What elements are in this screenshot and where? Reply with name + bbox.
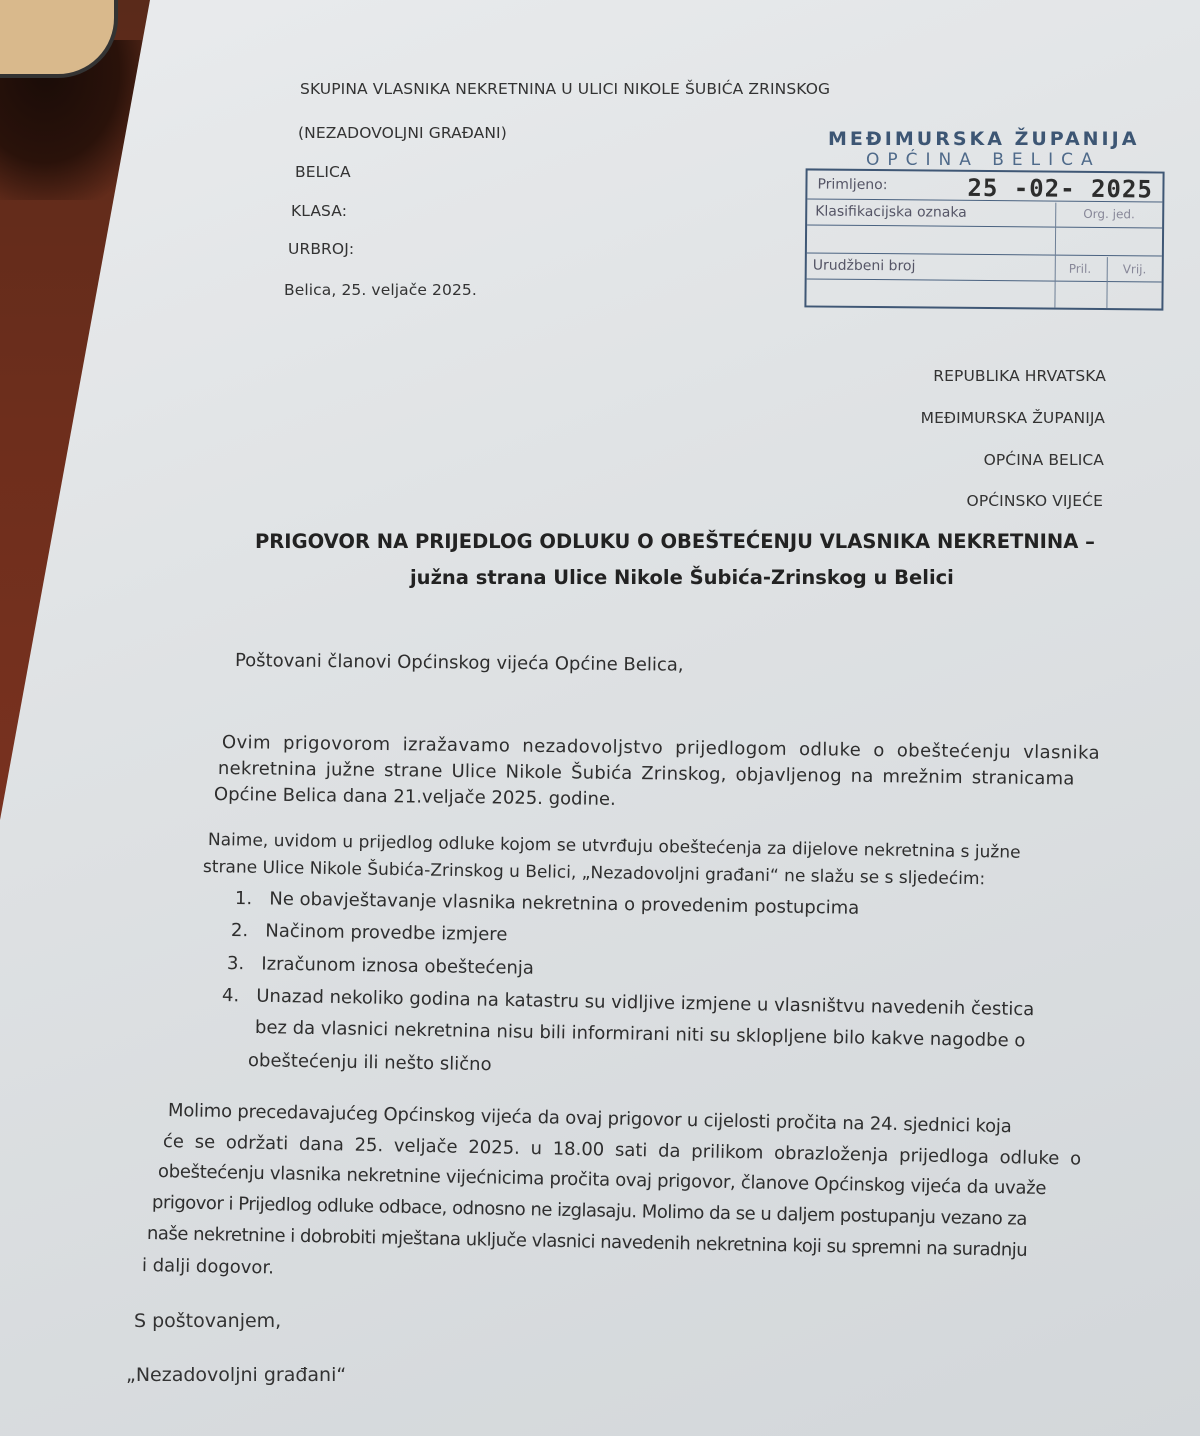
paragraph3-line3: obeštećenju vlasnika nekretnine vijećnic… bbox=[158, 1161, 1047, 1199]
stamp-org-label: Org. jed. bbox=[1083, 207, 1135, 221]
recipient-line1: REPUBLIKA HRVATSKA bbox=[933, 367, 1106, 385]
list-text: Unazad nekoliko godina na katastru su vi… bbox=[256, 986, 1034, 1021]
document-title-line1: PRIGOVOR NA PRIJEDLOG ODLUKU O OBEŠTEĆEN… bbox=[255, 530, 1095, 553]
paragraph3-line4: prigovor i Prijedlog odluke odbace, odno… bbox=[152, 1192, 1027, 1230]
stamp-subtitle: OPĆINA BELICA bbox=[866, 150, 1101, 170]
signature: „Nezadovoljni građani“ bbox=[126, 1364, 346, 1386]
document-page: SKUPINA VLASNIKA NEKRETNINA U ULICI NIKO… bbox=[0, 0, 1200, 1436]
sender-line2: (NEZADOVOLJNI GRAĐANI) bbox=[298, 124, 507, 142]
paragraph3-line6: i dalji dogovor. bbox=[142, 1255, 274, 1279]
recipient-line3: OPĆINA BELICA bbox=[984, 451, 1104, 469]
recipient-line4: OPĆINSKO VIJEĆE bbox=[967, 492, 1103, 510]
list-item-4-line3: obeštećenju ili nešto slično bbox=[248, 1050, 492, 1075]
stamp-received-label: Primljeno: bbox=[817, 177, 887, 194]
paragraph3-line5: naše nekretnine i dobrobiti mještana ukl… bbox=[147, 1223, 1028, 1261]
paragraph2-line2: strane Ulice Nikole Šubića-Zrinskog u Be… bbox=[203, 857, 986, 889]
recipient-line2: MEĐIMURSKA ŽUPANIJA bbox=[921, 409, 1105, 427]
list-item: 1. Ne obavještavanje vlasnika nekretnina… bbox=[235, 888, 860, 919]
list-text: Načinom provedbe izmjere bbox=[265, 921, 507, 946]
list-number: 3. bbox=[227, 953, 245, 974]
stamp-pril-label: Pril. bbox=[1069, 262, 1092, 276]
list-item: 3. Izračunom iznosa obeštećenja bbox=[227, 953, 534, 979]
list-number: 1. bbox=[235, 888, 253, 909]
list-number: 4. bbox=[222, 985, 240, 1006]
sender-line1: SKUPINA VLASNIKA NEKRETNINA U ULICI NIKO… bbox=[300, 80, 830, 98]
sender-place: BELICA bbox=[295, 163, 351, 181]
document-date: Belica, 25. veljače 2025. bbox=[284, 281, 477, 299]
stamp-class-label: Klasifikacijska oznaka bbox=[815, 204, 967, 221]
list-number: 2. bbox=[231, 920, 249, 941]
stamp-received-date: 25 -02- 2025 bbox=[967, 174, 1153, 204]
stamp-title: MEĐIMURSKA ŽUPANIJA bbox=[828, 128, 1139, 150]
closing: S poštovanjem, bbox=[134, 1310, 281, 1332]
stamp-reg-label: Urudžbeni broj bbox=[813, 258, 916, 275]
salutation: Poštovani članovi Općinskog vijeća Općin… bbox=[235, 650, 684, 676]
paragraph1-line3: Općine Belica dana 21.veljače 2025. godi… bbox=[214, 784, 616, 810]
received-stamp: Primljeno: 25 -02- 2025 Klasifikacijska … bbox=[804, 168, 1164, 310]
list-text: Izračunom iznosa obeštećenja bbox=[261, 954, 534, 979]
list-text: Ne obavještavanje vlasnika nekretnina o … bbox=[269, 889, 859, 919]
paragraph2-line1: Naime, uvidom u prijedlog odluke kojom s… bbox=[208, 830, 1021, 863]
klasa-label: KLASA: bbox=[291, 202, 347, 220]
urbroj-label: URBROJ: bbox=[288, 240, 354, 258]
paragraph3-line1: Molimo precedavajućeg Općinskog vijeća d… bbox=[168, 1100, 1012, 1137]
list-item: 2. Načinom provedbe izmjere bbox=[231, 920, 508, 945]
list-item-4-line2: bez da vlasnici nekretnina nisu bili inf… bbox=[255, 1017, 1026, 1051]
stamp-vrij-label: Vrij. bbox=[1123, 262, 1147, 276]
document-title-line2: južna strana Ulice Nikole Šubića-Zrinsko… bbox=[410, 566, 954, 589]
list-item: 4. Unazad nekoliko godina na katastru su… bbox=[222, 985, 1035, 1020]
